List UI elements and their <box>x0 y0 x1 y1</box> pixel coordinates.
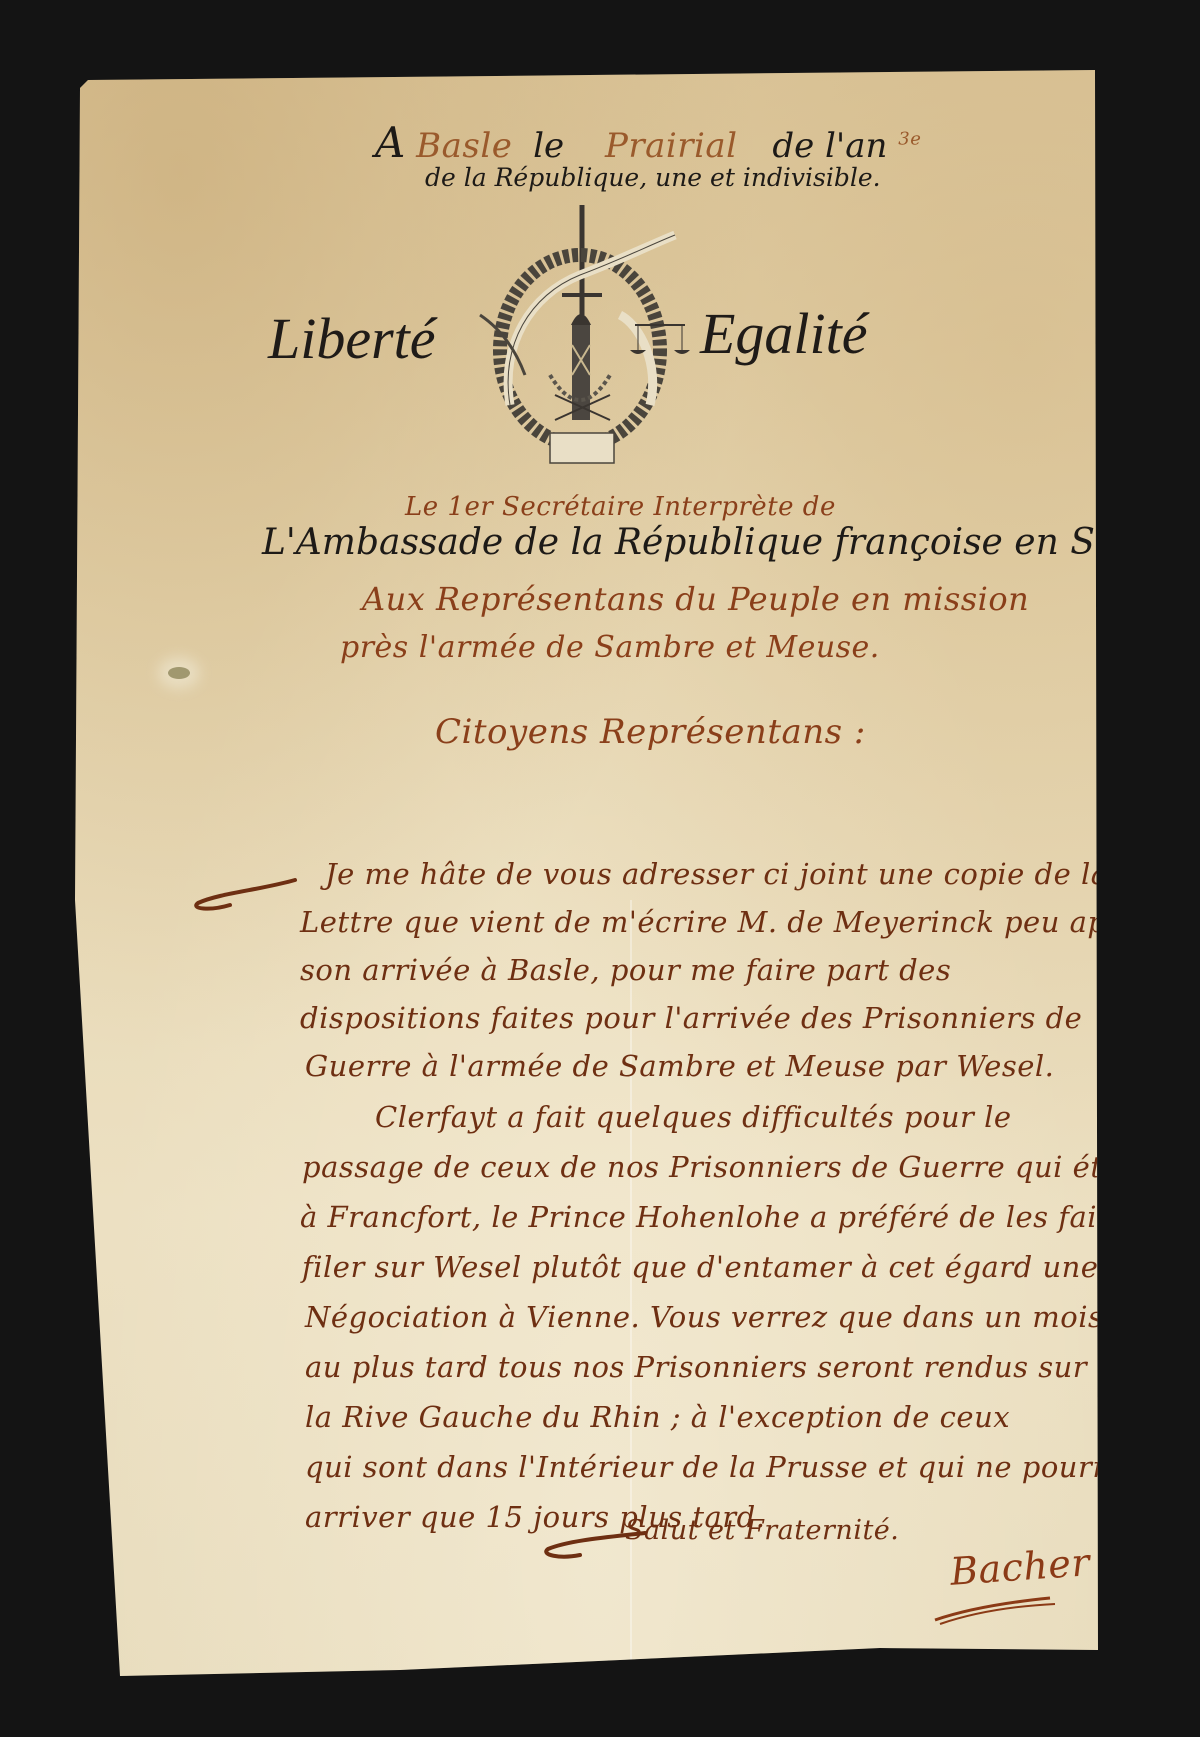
letter-paper: A Basle le Prairial de l'an 3e de la Rép… <box>0 0 1200 1737</box>
body-line-4: dispositions faites pour l'arrivée des P… <box>300 1001 1082 1035</box>
dateline-year-label: de l'an <box>772 126 887 166</box>
dateline-month: Prairial <box>605 126 738 166</box>
addressee-line-2: près l'armée de Sambre et Meuse. <box>340 630 880 665</box>
motto-egalite: Egalité <box>700 300 868 367</box>
body-line-6: Clerfayt a fait quelques difficultés pou… <box>375 1100 1012 1134</box>
body-line-12: la Rive Gauche du Rhin ; à l'exception d… <box>305 1400 1010 1434</box>
printed-title: L'Ambassade de la République françoise e… <box>262 522 1188 563</box>
republic-line: de la République, une et indivisible. <box>425 163 881 192</box>
salutation: Citoyens Représentans : <box>435 712 866 752</box>
paper-stain <box>168 667 190 679</box>
body-line-3: son arrivée à Basle, pour me faire part … <box>300 953 951 987</box>
signature-flourish-icon <box>930 1590 1060 1625</box>
body-line-7: passage de ceux de nos Prisonniers de Gu… <box>302 1150 1179 1184</box>
dateline: A Basle le Prairial de l'an 3e <box>375 118 921 167</box>
handwritten-title: Le 1er Secrétaire Interprète de <box>405 492 836 522</box>
paragraph-flourish-icon <box>190 875 300 915</box>
body-line-2: Lettre que vient de m'écrire M. de Meyer… <box>300 905 1154 939</box>
addressee-line-1: Aux Représentans du Peuple en mission <box>362 580 1029 618</box>
dateline-place: Basle <box>416 126 512 166</box>
body-line-9: filer sur Wesel plutôt que d'entamer à c… <box>302 1250 1098 1284</box>
closing: Salut et Fraternité. <box>625 1515 899 1546</box>
dateline-year: 3e <box>898 129 921 150</box>
dateline-le: le <box>533 126 564 166</box>
body-line-13: qui sont dans l'Intérieur de la Prusse e… <box>305 1450 1156 1484</box>
signature: Bacher <box>949 1540 1092 1594</box>
closing-flourish-icon <box>540 1525 650 1565</box>
dateline-prefix: A <box>375 118 405 167</box>
body-line-10: Négociation à Vienne. Vous verrez que da… <box>305 1300 1103 1334</box>
body-line-1: Je me hâte de vous adresser ci joint une… <box>325 857 1109 891</box>
motto-liberte: Liberté <box>268 305 436 372</box>
body-line-8: à Francfort, le Prince Hohenlohe a préfé… <box>300 1200 1129 1234</box>
republican-emblem-icon <box>470 205 690 465</box>
body-line-11: au plus tard tous nos Prisonniers seront… <box>305 1350 1087 1384</box>
body-line-5: Guerre à l'armée de Sambre et Meuse par … <box>305 1049 1054 1083</box>
